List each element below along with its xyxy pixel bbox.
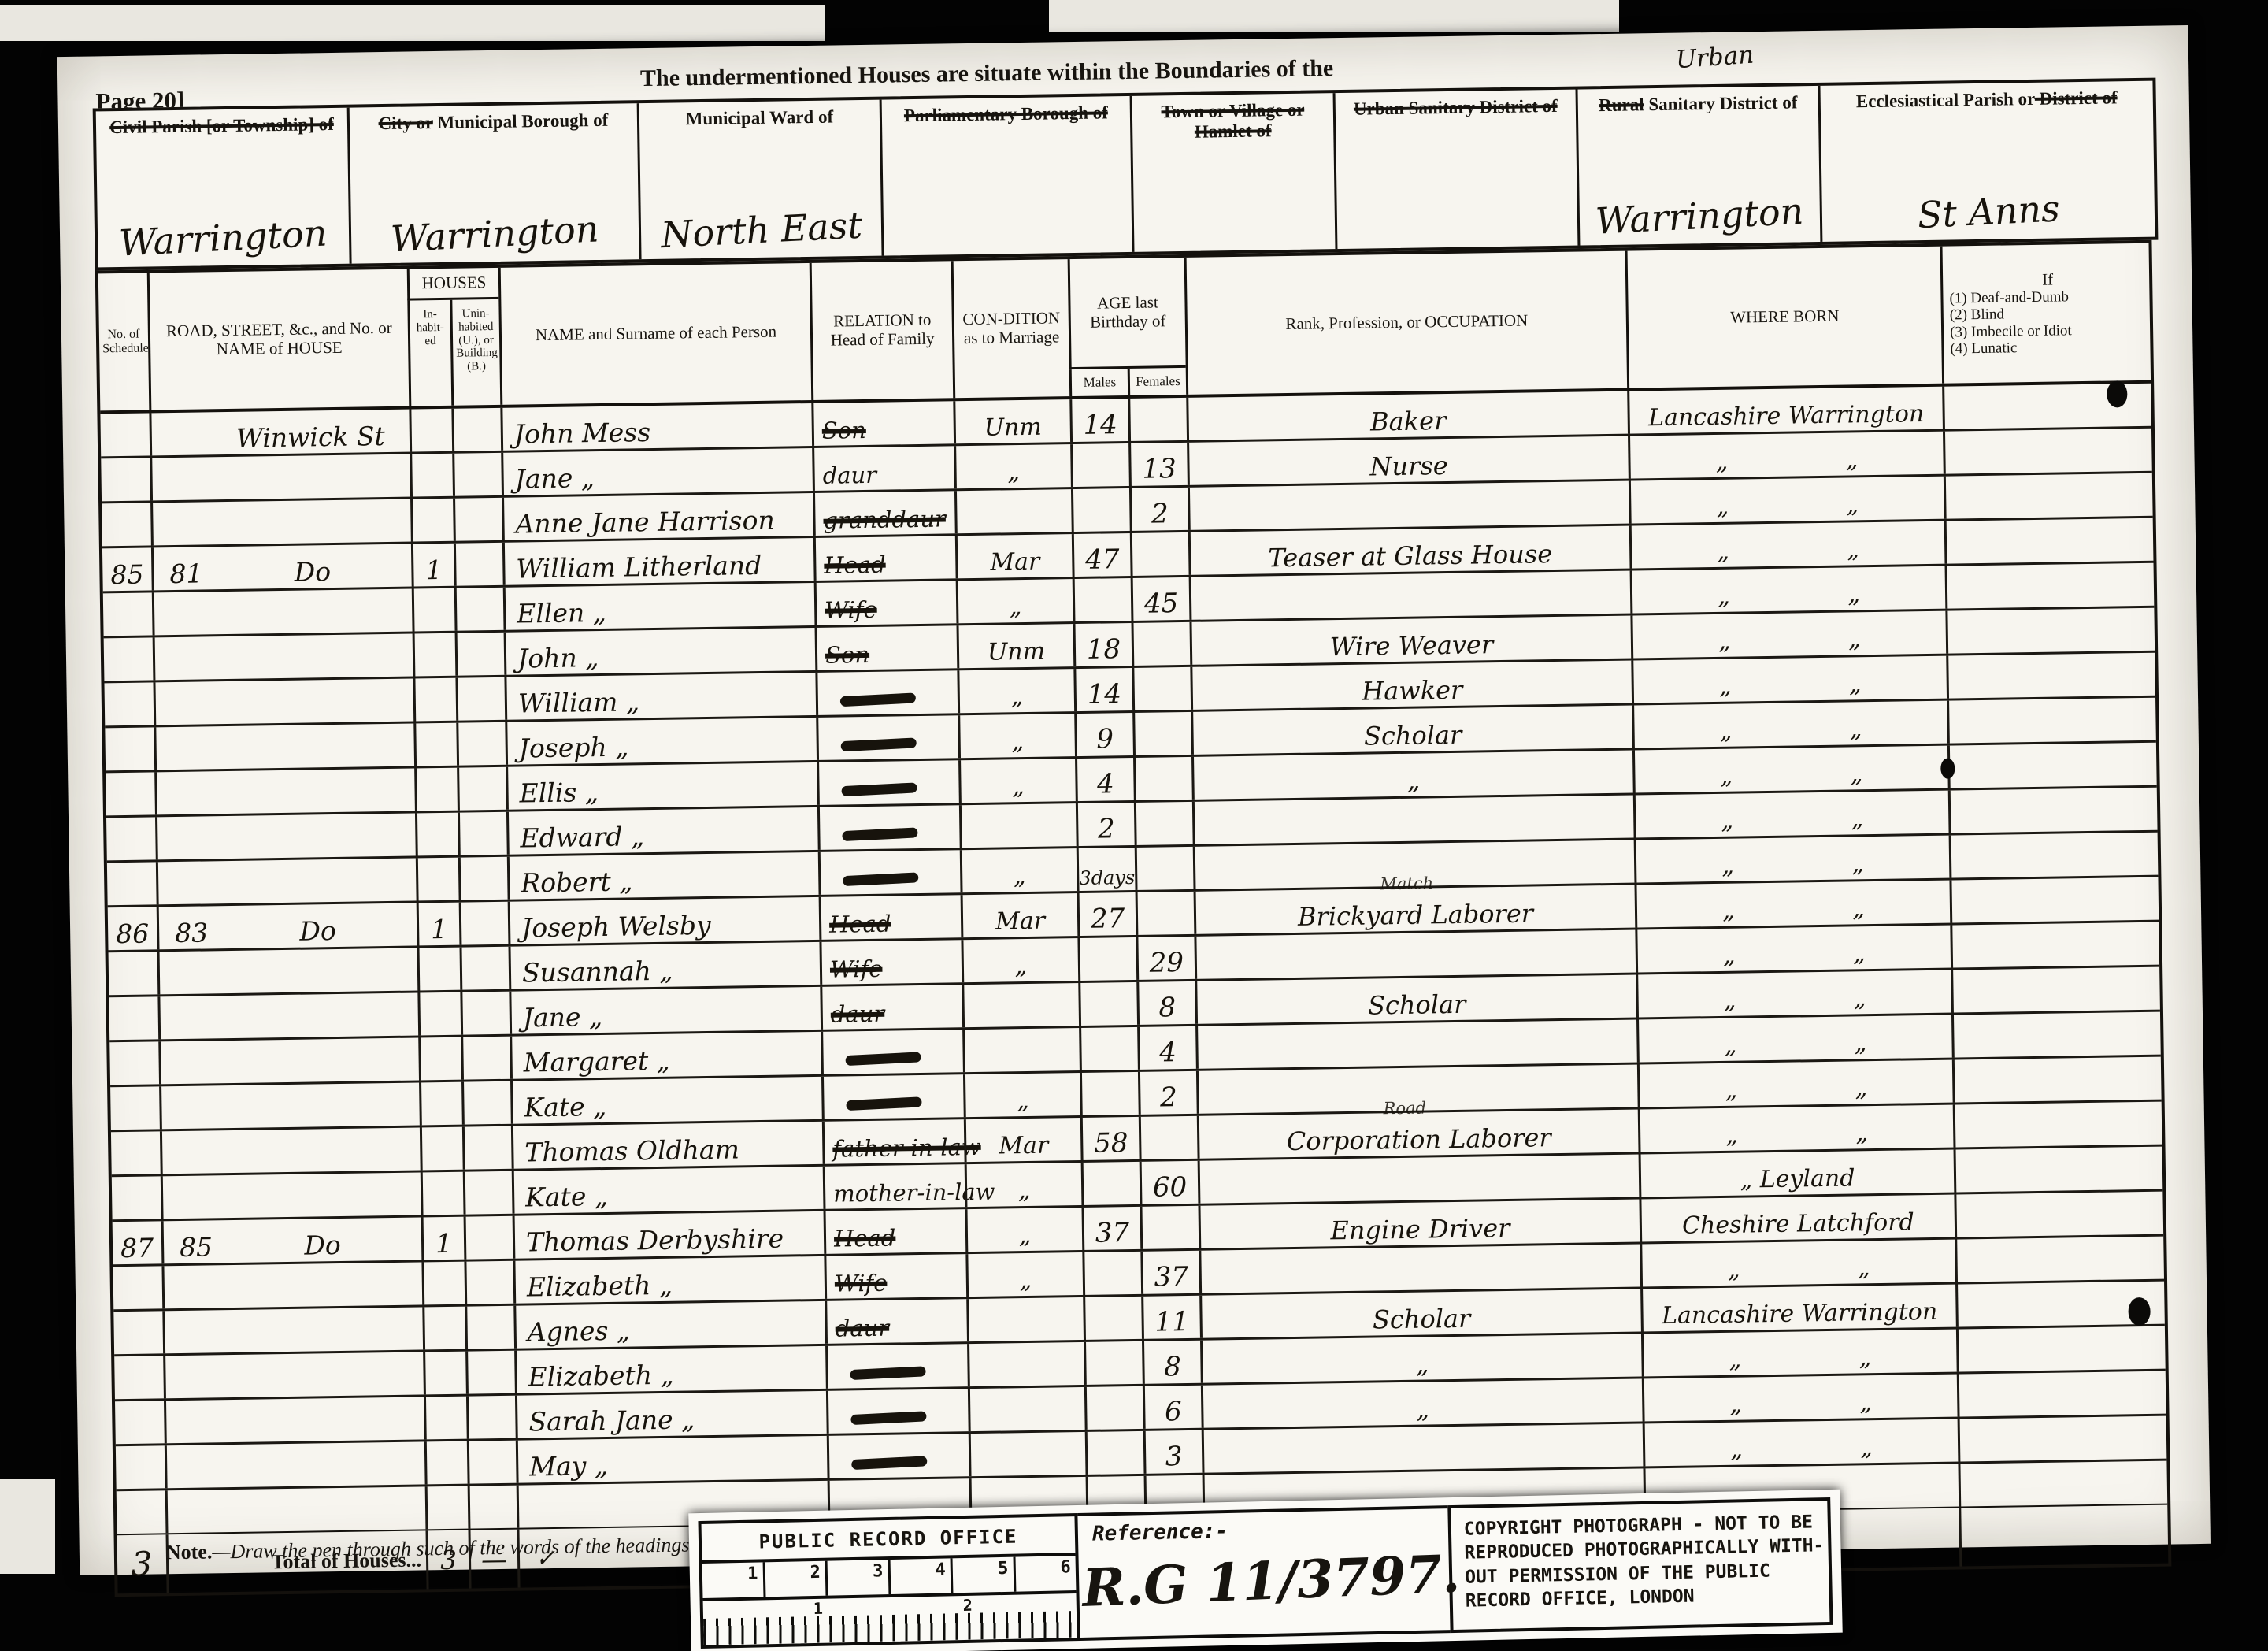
age-female: 8 [1142,1341,1201,1384]
age-female [1132,712,1191,755]
scan-edge-sliver [0,1479,55,1574]
scribbled-out-text [850,1366,926,1380]
uninhabited-mark [465,1306,514,1349]
marriage-condition: „ [954,444,1071,488]
road-street-cell [153,679,413,725]
relation-to-head: Son [815,625,958,670]
inhabited-mark [424,1397,467,1440]
relation-to-head: Son [811,401,954,446]
person-name: Robert „ [507,852,819,900]
age-male: 47 [1072,533,1131,577]
marriage-condition: „ [956,579,1073,623]
ruler-number: 1 [813,1599,824,1618]
inhabited-mark [419,1082,462,1126]
uninhabited-mark [461,1037,510,1080]
inhabited-mark [418,1037,461,1081]
col-header-inhabited: In-habit-ed [407,300,451,406]
street-name [221,1077,419,1080]
where-born: „ „ [1640,1240,1955,1287]
person-name: Susannah „ [508,942,820,989]
inhabited-mark [412,588,455,632]
ink-blob [1940,758,1955,778]
inhabited-mark [414,768,458,811]
ruler-number: 2 [963,1596,973,1615]
relation-to-head [827,1434,969,1478]
relation-to-head: Wife [814,581,957,625]
schedule-total: 3 [117,1534,167,1593]
uninhabited-mark [454,588,504,631]
street-name [218,853,416,856]
house-number [157,451,212,452]
infirmity [1958,1416,2167,1462]
inhabited-mark [424,1441,468,1485]
age-male: 14 [1069,399,1128,442]
house-number [160,676,215,677]
district-box: Parliamentary Borough of [882,96,1135,256]
relation-to-head: mother-in-law [823,1164,965,1209]
scribbled-out-text [842,827,918,841]
census-page: Page 20] The undermentioned Houses are s… [57,25,2211,1575]
relation-to-head: Wife [819,940,962,985]
age-male [1084,1386,1143,1430]
schedule-number [114,1356,164,1399]
infirmity [1952,1057,2162,1103]
age-female [1133,757,1192,800]
street-name [213,494,410,497]
inhabited-mark [409,454,453,497]
road-street-cell [150,499,411,546]
occupation [1194,930,1636,979]
scribbled-out-text [851,1456,928,1470]
scribbled-out-text [846,1096,922,1111]
street-name [219,897,417,900]
age-female: 60 [1140,1161,1199,1204]
marriage-condition [962,1028,1080,1072]
road-street-cell [163,1352,424,1398]
person-name: Jane „ [509,987,821,1034]
district-box-value: Warrington [118,212,328,265]
uninhabited-mark [466,1396,516,1439]
road-street-cell: 83 Do [157,903,417,949]
where-born: Lancashire Warrington [1627,387,1943,434]
district-box-label: Civil Parish [or Township] of [103,114,340,139]
house-number: 85 [169,1234,224,1260]
col-header-age: AGE last Birthday of [1068,258,1186,369]
person-name: Agnes „ [513,1301,825,1349]
inhabited-mark [417,948,461,991]
person-name: Elizabeth „ [513,1256,825,1304]
occupation-annotation: Road [1383,1100,1426,1118]
schedule-number [105,727,154,770]
district-box: City or Municipal Borough ofWarrington [350,103,642,263]
col-header-infirmity: If (1) Deaf-and-Dumb (2) Blind (3) Imbec… [1940,243,2151,384]
uninhabited-mark [457,767,506,811]
marriage-condition [968,1387,1085,1431]
uninhabited-mark [454,543,503,586]
table-body: Winwick St John Mess Son Unm 14 Baker La… [100,384,2167,1534]
road-street-cell: 85 Do [161,1217,422,1263]
schedule-number [109,952,158,995]
district-box-value: Warrington [1595,190,1805,243]
road-street-cell [164,1397,424,1443]
where-born: „ „ [1638,1105,1954,1152]
district-box: Ecclesiastical Parish or District ofSt A… [1820,81,2155,242]
ruler-number: 4 [890,1558,953,1594]
person-name: Margaret „ [510,1032,821,1079]
where-born: „ „ [1631,656,1947,703]
relation-to-head [821,1030,963,1074]
schedule-number [113,1266,162,1309]
house-number [169,1304,224,1305]
relation-to-head [818,850,961,895]
age-male [1081,1162,1140,1205]
infirmity [1956,1326,2166,1372]
street-name [225,1346,423,1349]
district-box-label: Town or Village or Hamlet of [1132,99,1334,144]
reference-value: R.G 11/3797. [1081,1543,1461,1619]
age-male [1079,1027,1138,1070]
age-female: 8 [1136,981,1195,1025]
street-name [220,987,417,990]
where-born: „ „ [1632,701,1947,748]
house-number [157,496,213,497]
district-box-value: St Anns [1916,187,2060,236]
occupation [1198,1155,1640,1204]
where-born: „ „ [1637,1060,1953,1107]
schedule-number [115,1401,165,1444]
district-box-label: Municipal Ward of [680,106,840,129]
person-name: Sarah Jane „ [515,1391,827,1438]
where-born: „ „ [1634,881,1950,928]
house-number [172,1439,227,1440]
district-box-label: Rural Sanitary District of [1592,92,1804,116]
schedule-number: 85 [102,547,152,591]
schedule-number [109,1041,159,1085]
district-header-boxes: Civil Parish [or Township] ofWarringtonC… [93,78,2159,271]
scribbled-out-text [843,872,919,886]
house-number [161,721,216,722]
pro-stamp-reference: Reference:- R.G 11/3797. [1077,1505,1450,1641]
marriage-condition: „ [958,714,1075,758]
uninhabited-mark [467,1441,517,1484]
occupation [1199,1244,1640,1293]
house-number: 81 [158,560,213,587]
house-number [166,1080,221,1081]
infirmity [1949,833,2159,878]
house-number [169,1215,224,1215]
ruler-number: 5 [953,1557,1016,1593]
person-name: Joseph Welsby [508,897,820,944]
street-name [215,673,413,677]
age-male [1080,1072,1139,1115]
person-name: John Mess [500,403,812,451]
schedule-number [104,682,154,725]
age-female: 45 [1131,577,1190,621]
col-header-schedule: No. of Schedule [98,273,150,410]
where-born: „ „ [1629,521,1945,569]
uninhabited-mark [455,633,505,676]
uninhabited-mark [463,1171,513,1215]
street-name: Do [219,916,417,945]
person-name: Thomas Oldham [511,1122,823,1169]
marriage-condition [967,1342,1084,1386]
inhabited-mark [410,499,454,542]
relation-to-head [821,1074,964,1119]
street-name: Winwick St [212,423,409,452]
inhabited-mark [421,1262,465,1305]
occupation: Brickyard LaborerMatch [1194,885,1636,934]
road-street-cell [154,769,415,815]
age-male: 14 [1073,668,1132,711]
marriage-condition: „ [960,848,1077,892]
age-female [1131,622,1190,666]
inhabited-mark [423,1352,466,1395]
age-female: 29 [1136,937,1195,980]
schedule-number: 87 [113,1221,162,1264]
age-male: 58 [1080,1117,1140,1160]
age-female [1132,667,1191,710]
uninhabited-mark [455,677,505,721]
road-street-cell [157,992,418,1039]
inhabited-mark: 1 [417,903,460,946]
relation-to-head [816,715,958,760]
marriage-condition: „ [965,1252,1083,1297]
street-name [215,629,413,632]
district-box: Municipal Ward ofNorth East [639,100,884,260]
age-female: 2 [1138,1071,1197,1115]
inhabited-mark [417,992,461,1036]
inhabited-mark [421,1172,464,1215]
road-street-cell [161,1172,421,1219]
col-header-born: WHERE BORN [1625,247,1943,388]
inhabited-mark [416,858,459,901]
relation-to-head: Head [824,1209,966,1254]
footnote-label: Note. [166,1540,213,1564]
relation-to-head: daur [825,1299,967,1344]
where-born: „ „ [1629,477,1944,524]
where-born: „ „ [1630,566,1946,614]
schedule-number [116,1445,165,1489]
house-number [162,811,217,811]
col-header-houses: HOUSES [407,268,499,301]
infirmity [1958,1461,2167,1507]
person-name: Kate „ [512,1167,824,1214]
age-male: 18 [1073,623,1132,666]
house-number [161,766,217,766]
empty-cell [1959,1505,2168,1567]
schedule-number [117,1490,166,1534]
infirmity [1944,473,2153,519]
infirmity [1954,1147,2163,1193]
age-male [1083,1297,1142,1340]
person-name: William „ [504,673,816,720]
col-header-uninhabited: Unin-habited (U.), or Building (B.) [450,299,500,406]
where-born: Lancashire Warrington [1640,1285,1956,1332]
road-street-cell [159,1082,420,1129]
inhabited-mark [425,1486,469,1530]
where-born: „ „ [1633,791,1949,838]
age-male: 9 [1074,713,1133,756]
person-name: John „ [504,628,816,675]
age-male: 2 [1076,803,1135,846]
house-number [165,1035,220,1036]
marriage-condition: „ [957,669,1074,713]
district-box-value: North East [659,204,862,257]
schedule-number [106,772,155,815]
marriage-condition: „ [958,759,1076,803]
where-born: „ „ [1634,836,1950,883]
occupation: Hawker [1190,661,1632,710]
person-name: Anne Jane Harrison [502,493,813,540]
road-street-cell [157,948,418,994]
age-male [1071,488,1130,532]
house-number [172,1529,228,1530]
scan-edge-sliver [1049,0,1619,32]
occupation: Scholar [1191,706,1632,755]
scribbled-out-text [850,1411,927,1425]
age-male [1077,937,1136,981]
infirmity [1947,743,2157,788]
marriage-condition [966,1297,1084,1341]
age-female [1130,532,1189,576]
house-number [171,1394,226,1395]
district-box-label: Parliamentary Borough of [898,102,1114,127]
ruler-number: 1 [702,1562,765,1598]
road-street-cell: 81 Do [151,544,412,591]
infirmity [1949,877,2159,923]
ruler-number: 6 [1015,1556,1076,1592]
occupation [1189,571,1631,620]
road-street-cell [154,724,414,770]
infirmity [1948,788,2158,833]
house-number [164,900,219,901]
where-born: Cheshire Latchford [1639,1195,1955,1242]
relation-to-head [815,670,958,715]
road-street-cell [155,814,416,860]
age-male [1078,982,1137,1026]
relation-to-head [817,805,960,850]
age-male: 27 [1077,892,1136,936]
occupation: Teaser at Glass House [1188,526,1630,575]
person-name: Ellis „ [506,762,817,810]
district-box: Urban Sanitary District of [1336,90,1581,250]
infirmity [1945,563,2155,609]
inhabited-mark [409,409,452,452]
house-number [158,541,213,542]
infirmity [1944,518,2154,564]
relation-to-head: Head [813,536,956,581]
relation-to-head: daur [820,985,962,1030]
relation-to-head [817,760,959,805]
marriage-condition: „ [965,1163,1082,1207]
person-name: Jane „ [501,448,813,495]
district-box-label: City or Municipal Borough of [372,110,614,135]
marriage-condition: Unm [957,624,1074,668]
road-street-cell [165,1486,426,1533]
age-female [1136,892,1195,935]
inhabited-mark: 1 [411,544,454,587]
occupation: „ [1191,751,1633,800]
district-box-label: Urban Sanitary District of [1347,96,1564,121]
uninhabited-mark [461,1081,511,1125]
scribbled-out-text [840,737,917,751]
district-box: Rural Sanitary District ofWarrington [1578,86,1823,246]
schedule-number [103,592,153,636]
age-male [1073,578,1132,621]
house-number [160,631,215,632]
schedule-number [111,1131,161,1174]
marriage-condition: „ [963,1073,1080,1117]
street-name [213,539,411,542]
street-name [226,1391,424,1394]
pro-stamp: PUBLIC RECORD OFFICE 123456 12 Reference… [688,1490,1842,1651]
person-name: Kate „ [510,1077,822,1124]
occupation: Engine Driver [1198,1200,1640,1248]
pro-stamp-ruler: PUBLIC RECORD OFFICE 123456 12 [698,1513,1080,1649]
age-male: 4 [1075,758,1134,801]
scan-edge-sliver [0,5,825,41]
age-male: 3days [1077,848,1136,891]
street-name [227,1436,424,1439]
schedule-number [101,458,150,501]
uninhabited-mark [468,1486,517,1529]
house-number [172,1484,228,1485]
where-born: „ „ [1630,611,1946,659]
schedule-number [106,817,156,860]
person-name: Thomas Derbyshire [513,1211,825,1259]
infirmity [1954,1192,2163,1237]
street-name [217,763,414,766]
uninhabited-mark [459,902,509,945]
road-street-cell [150,454,410,501]
district-box: Town or Village or Hamlet of [1132,93,1338,252]
occupation [1195,1020,1637,1069]
col-header-road: ROAD, STREET, &c., and No. or NAME of HO… [147,269,409,410]
age-female [1139,1116,1198,1159]
scribbled-out-text [845,1052,921,1066]
relation-to-head: Wife [824,1254,966,1299]
occupation [1188,481,1629,530]
age-male [1085,1431,1144,1475]
marriage-condition: Mar [964,1118,1081,1162]
street-name [228,1481,425,1484]
inhabited-mark [415,813,458,856]
inhabited-mark [413,723,457,766]
occupation: Wire Weaver [1189,616,1631,665]
person-name: May „ [516,1436,828,1483]
road-street-cell [162,1307,423,1353]
urban-annotation: Urban [1675,41,1755,75]
occupation [1192,796,1634,844]
infirmity [1943,429,2152,474]
occupation-annotation: Match [1380,875,1433,892]
schedule-number [109,996,158,1040]
relation-to-head [825,1344,968,1389]
schedule-number: 86 [108,907,157,950]
person-name: Joseph „ [505,718,817,765]
marriage-condition [969,1432,1086,1476]
uninhabited-mark [458,812,507,855]
relation-to-head [826,1389,969,1434]
person-name: William Litherland [502,538,814,585]
schedule-number [112,1176,161,1219]
infirmity [1946,653,2155,699]
age-female [1128,398,1187,441]
street-name [228,1526,425,1529]
schedule-number [104,637,154,681]
uninhabited-mark [460,992,510,1035]
relation-to-head: granddaur [813,491,955,536]
